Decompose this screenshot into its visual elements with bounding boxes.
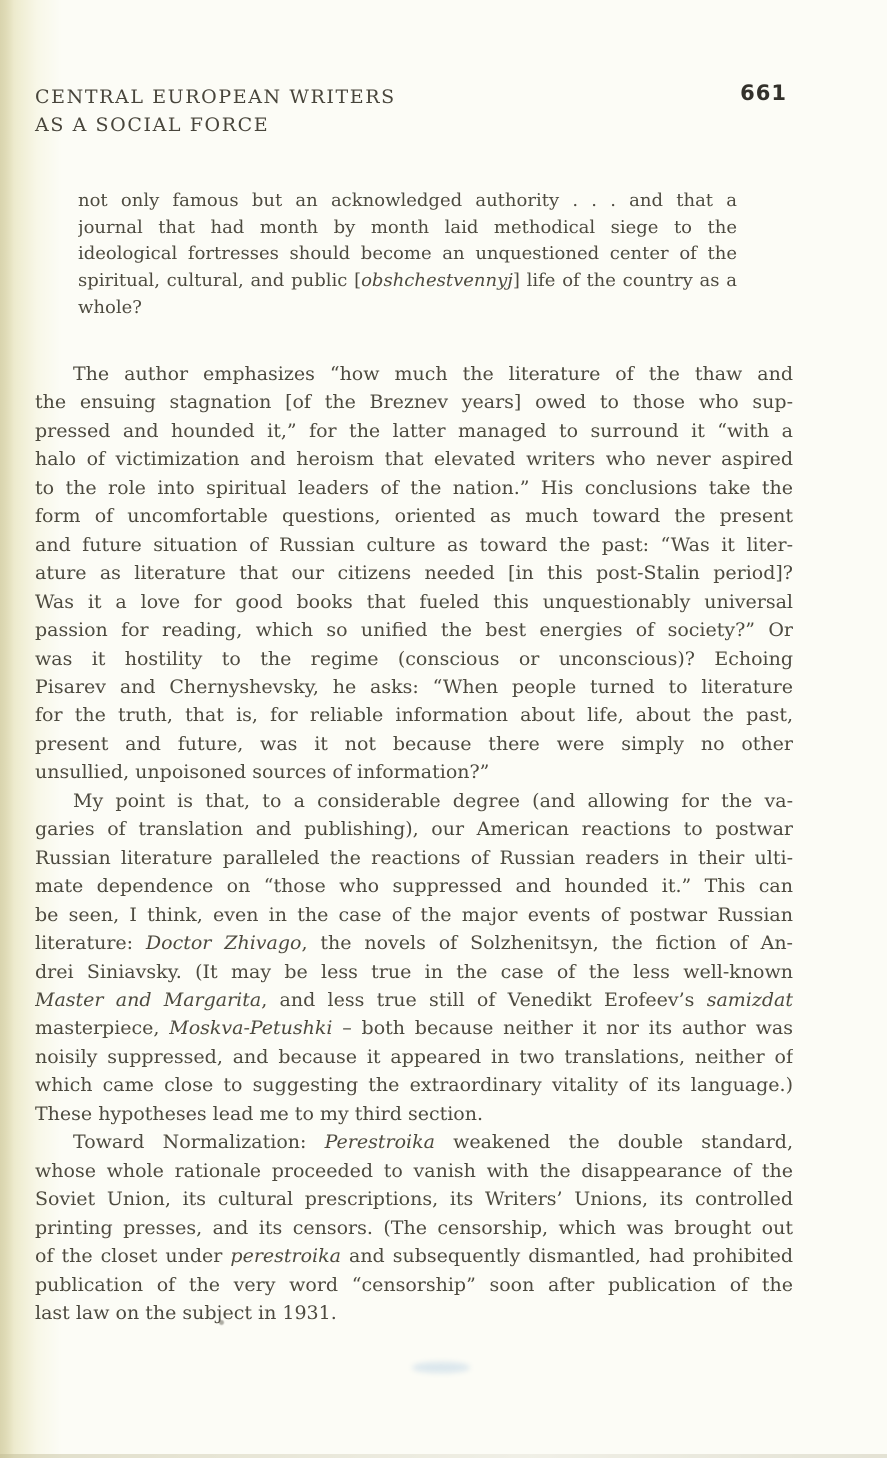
text-segment: for the truth, that is, for reliable inf… (35, 704, 793, 726)
text-segment: was it hostility to the regime (consciou… (35, 648, 793, 670)
text-line: garies of translation and publishing), o… (35, 815, 793, 843)
text-line: Toward Normalization: Perestroika weaken… (35, 1128, 793, 1156)
text-segment: Pisarev and Chernyshevsky, he asks: “Whe… (35, 676, 793, 698)
text-segment: and subsequently dismantled, had prohibi… (341, 1245, 793, 1267)
text-segment: whose whole rationale proceeded to vanis… (35, 1160, 793, 1182)
text-line: ature as literature that our citizens ne… (35, 559, 793, 587)
italic-text: samizdat (707, 989, 793, 1011)
text-segment: , the novels of Solzhenitsyn, the fictio… (301, 932, 793, 954)
text-line: mate dependence on “those who suppressed… (35, 872, 793, 900)
text-segment: noisily suppressed, and because it appea… (35, 1046, 793, 1068)
italic-text: obshchestvennyj (361, 270, 513, 291)
text-segment: weakened the double standard, (435, 1131, 793, 1153)
text-segment: the ensuing stagnation [of the Breznev y… (35, 391, 793, 413)
text-line: halo of victimization and heroism that e… (35, 445, 793, 473)
text-line: form of uncomfortable questions, oriente… (35, 502, 793, 530)
text-segment: Russian literature paralleled the reacti… (35, 847, 793, 869)
text-line: to the role into spiritual leaders of th… (35, 474, 793, 502)
text-line: My point is that, to a considerable degr… (35, 787, 793, 815)
text-segment: , and less true still of Venedikt Erofee… (261, 989, 706, 1011)
italic-text: Perestroika (325, 1131, 435, 1153)
text-segment: pressed and hounded it,” for the latter … (35, 420, 793, 442)
block-quote: not only famous but an acknowledged auth… (78, 188, 737, 322)
text-line: noisily suppressed, and because it appea… (35, 1043, 793, 1071)
text-segment: – both because neither it nor its author… (333, 1017, 793, 1039)
text-line: spiritual, cultural, and public [obshche… (78, 268, 737, 295)
text-line: last law on the subject in 1931. (35, 1299, 793, 1327)
text-segment: garies of translation and publishing), o… (35, 818, 793, 840)
text-segment: These hypotheses lead me to my third sec… (35, 1103, 483, 1125)
text-line: literature: Doctor Zhivago, the novels o… (35, 929, 793, 957)
text-line: the ensuing stagnation [of the Breznev y… (35, 388, 793, 416)
text-line: of the closet under perestroika and subs… (35, 1242, 793, 1270)
text-segment: printing presses, and its censors. (The … (35, 1217, 793, 1239)
left-edge-dark-strip (0, 0, 14, 1458)
text-segment: of the closet under (35, 1245, 230, 1267)
text-line: Pisarev and Chernyshevsky, he asks: “Whe… (35, 673, 793, 701)
text-segment: mate dependence on “those who suppressed… (35, 875, 793, 897)
text-line: be seen, I think, even in the case of th… (35, 901, 793, 929)
text-segment: whole? (78, 297, 142, 318)
text-line: ideological fortresses should become an … (78, 241, 737, 268)
text-segment: masterpiece, (35, 1017, 169, 1039)
text-segment: The author emphasizes “how much the lite… (73, 363, 793, 385)
text-segment: ature as literature that our citizens ne… (35, 562, 793, 584)
text-segment: ] life of the country as a (513, 270, 737, 291)
text-segment: not only famous but an acknowledged auth… (78, 190, 737, 211)
bottom-edge-shading (0, 1454, 887, 1458)
text-segment: publication of the very word “censorship… (35, 1274, 793, 1296)
text-line: whole? (78, 295, 737, 322)
italic-text: Doctor Zhivago (146, 932, 302, 954)
text-segment: Toward Normalization: (73, 1131, 325, 1153)
text-segment: which came close to suggesting the extra… (35, 1074, 793, 1096)
italic-text: Moskva-Petushki (169, 1017, 332, 1039)
running-header: CENTRAL EUROPEAN WRITERS AS A SOCIAL FOR… (35, 83, 396, 139)
text-line: pressed and hounded it,” for the latter … (35, 417, 793, 445)
running-header-line2: AS A SOCIAL FORCE (35, 111, 396, 139)
text-line: masterpiece, Moskva-Petushki – both beca… (35, 1014, 793, 1042)
text-segment: unsullied, unpoisoned sources of informa… (35, 761, 489, 783)
text-segment: ideological fortresses should become an … (78, 243, 737, 264)
text-segment: last law on the subject in 1931. (35, 1302, 337, 1324)
text-line: which came close to suggesting the extra… (35, 1071, 793, 1099)
text-segment: form of uncomfortable questions, oriente… (35, 505, 793, 527)
text-segment: be seen, I think, even in the case of th… (35, 904, 793, 926)
text-line: The author emphasizes “how much the lite… (35, 360, 793, 388)
text-line: journal that had month by month laid met… (78, 215, 737, 242)
text-segment: journal that had month by month laid met… (78, 217, 737, 238)
text-segment: present and future, was it not because t… (35, 733, 793, 755)
text-line: These hypotheses lead me to my third sec… (35, 1100, 793, 1128)
text-line: printing presses, and its censors. (The … (35, 1214, 793, 1242)
running-header-line1: CENTRAL EUROPEAN WRITERS (35, 83, 396, 111)
text-line: Russian literature paralleled the reacti… (35, 844, 793, 872)
text-segment: drei Siniavsky. (It may be less true in … (35, 961, 793, 983)
text-line: publication of the very word “censorship… (35, 1271, 793, 1299)
text-segment: to the role into spiritual leaders of th… (35, 477, 793, 499)
text-line: was it hostility to the regime (consciou… (35, 645, 793, 673)
body-text: The author emphasizes “how much the lite… (35, 360, 793, 1327)
text-segment: spiritual, cultural, and public [ (78, 270, 361, 291)
text-line: not only famous but an acknowledged auth… (78, 188, 737, 215)
italic-text: Master and Margarita (35, 989, 261, 1011)
text-line: present and future, was it not because t… (35, 730, 793, 758)
text-line: Master and Margarita, and less true stil… (35, 986, 793, 1014)
text-segment: and future situation of Russian culture … (35, 534, 793, 556)
italic-text: perestroika (230, 1245, 341, 1267)
text-segment: passion for reading, which so unified th… (35, 619, 793, 641)
scan-smudge (412, 1362, 470, 1373)
text-segment: Soviet Union, its cultural prescriptions… (35, 1188, 793, 1210)
text-segment: Was it a love for good books that fueled… (35, 591, 793, 613)
text-line: whose whole rationale proceeded to vanis… (35, 1157, 793, 1185)
page-number: 661 (740, 81, 787, 105)
text-line: drei Siniavsky. (It may be less true in … (35, 958, 793, 986)
text-line: and future situation of Russian culture … (35, 531, 793, 559)
text-line: for the truth, that is, for reliable inf… (35, 701, 793, 729)
text-segment: My point is that, to a considerable degr… (73, 790, 793, 812)
text-line: Was it a love for good books that fueled… (35, 588, 793, 616)
book-page-scan: CENTRAL EUROPEAN WRITERS AS A SOCIAL FOR… (0, 0, 887, 1458)
text-line: unsullied, unpoisoned sources of informa… (35, 758, 793, 786)
text-line: Soviet Union, its cultural prescriptions… (35, 1185, 793, 1213)
text-segment: halo of victimization and heroism that e… (35, 448, 793, 470)
text-segment: literature: (35, 932, 146, 954)
text-line: passion for reading, which so unified th… (35, 616, 793, 644)
